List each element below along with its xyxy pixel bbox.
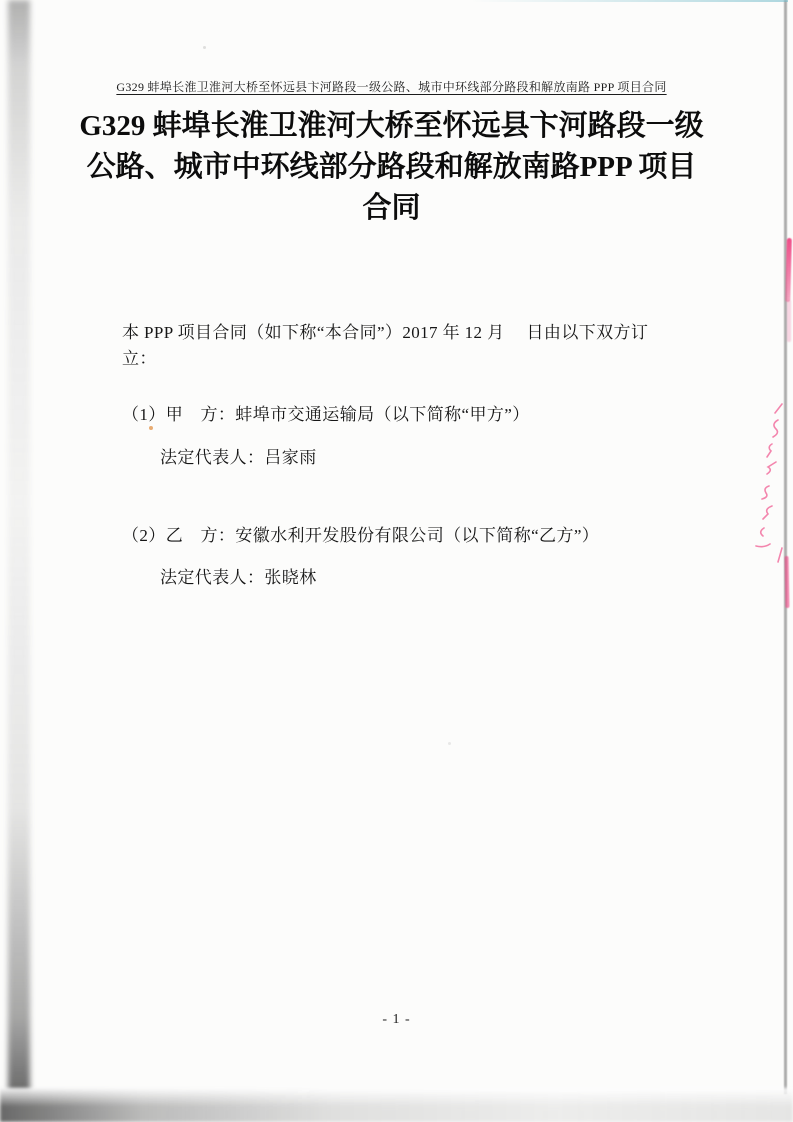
document-title-line: G329 蚌埠长淮卫淮河大桥至怀远县卞河路段一级	[50, 106, 733, 147]
scanned-contract-page: G329 蚌埠长淮卫淮河大桥至怀远县卞河路段一级公路、城市中环线部分路段和解放南…	[0, 0, 793, 1122]
page-number: - 1 -	[0, 1012, 793, 1028]
party-b-line: （2）乙 方：安徽水利开发股份有限公司（以下简称“乙方”）	[122, 523, 703, 549]
party-a-line: （1）甲 方：蚌埠市交通运输局（以下简称“甲方”）	[122, 402, 703, 428]
party-a-representative-line: 法定代表人：吕家雨	[160, 445, 703, 471]
party-b-representative-line: 法定代表人：张晓林	[160, 565, 703, 591]
document-title: G329 蚌埠长淮卫淮河大桥至怀远县卞河路段一级 公路、城市中环线部分路段和解放…	[50, 106, 733, 229]
document-title-line: 合同	[50, 188, 733, 229]
document-title-line: 公路、城市中环线部分路段和解放南路PPP 项目	[50, 147, 733, 188]
running-header: G329 蚌埠长淮卫淮河大桥至怀远县卞河路段一级公路、城市中环线部分路段和解放南…	[60, 78, 723, 95]
contract-intro-paragraph: 本 PPP 项目合同（如下称“本合同”）2017 年 12 月 日由以下双方订立…	[122, 320, 683, 372]
document-body: G329 蚌埠长淮卫淮河大桥至怀远县卞河路段一级公路、城市中环线部分路段和解放南…	[0, 0, 793, 1122]
running-header-text: G329 蚌埠长淮卫淮河大桥至怀远县卞河路段一级公路、城市中环线部分路段和解放南…	[116, 80, 666, 94]
